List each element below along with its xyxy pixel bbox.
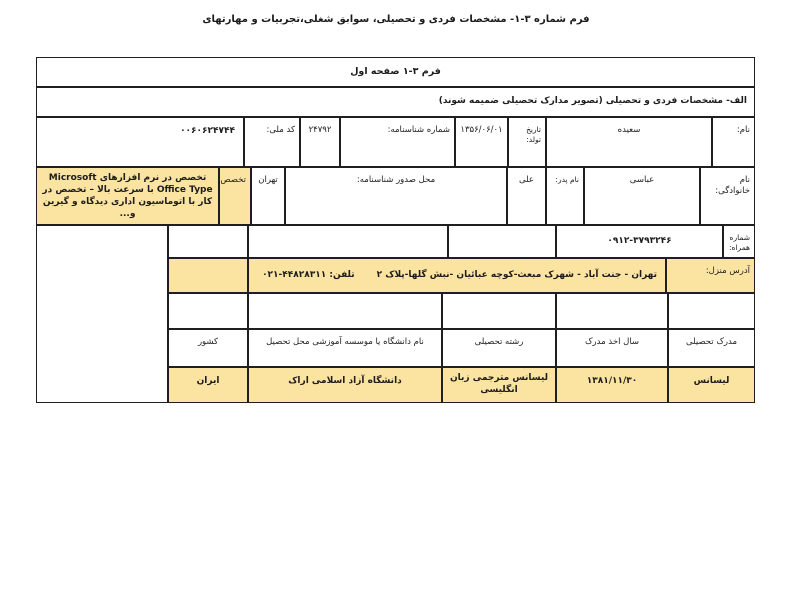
last-name-value: عباسی <box>584 167 700 225</box>
document-title: فرم شماره ۳-۱- مشخصات فردی و تحصیلی، سوا… <box>0 14 792 34</box>
first-name-label: نام: <box>712 117 755 167</box>
specialty-value: تخصص در نرم افزارهای Microsoft Office Ty… <box>36 167 219 225</box>
national-id-value: ۰۰۶۰۶۲۴۷۴۴ <box>36 117 244 167</box>
birth-date-value: ۱۳۵۶/۰۶/۰۱ <box>455 117 508 167</box>
id-issue-place-label: محل صدور شناسنامه: <box>285 167 507 225</box>
father-name-value: علی <box>507 167 546 225</box>
last-name-label: نام خانوادگی: <box>700 167 755 225</box>
section-a-title: الف- مشخصات فردی و تحصیلی (تصویر مدارک ت… <box>36 87 755 117</box>
merged-empty-cell <box>36 225 168 403</box>
national-id-label: کد ملی: <box>244 117 300 167</box>
edu-university-value: دانشگاه آزاد اسلامی اراک <box>248 367 442 403</box>
empty-cell <box>442 293 556 329</box>
empty-cell <box>448 225 556 258</box>
edu-header-major: رشته تحصیلی <box>442 329 556 367</box>
home-phone-text: تلفن: ۴۴۸۲۸۳۱۱-۰۲۱ <box>262 269 355 281</box>
edu-header-university: نام دانشگاه یا موسسه آموزشی محل تحصیل <box>248 329 442 367</box>
form-header-row: فرم ۳-۱ صفحه اول <box>36 57 755 87</box>
empty-cell <box>248 225 448 258</box>
home-address-value: تهران - جنت آباد - شهرک مبعث-کوچه عبائیا… <box>248 258 666 293</box>
edu-country-value: ایران <box>168 367 248 403</box>
mobile-value: ۰۹۱۲-۳۷۹۳۲۴۶ <box>556 225 723 258</box>
edu-degree-value: لیسانس <box>668 367 755 403</box>
mobile-label: شماره همراه: <box>723 225 755 258</box>
home-address-text: تهران - جنت آباد - شهرک مبعث-کوچه عبائیا… <box>377 269 657 281</box>
first-name-value: سعیده <box>546 117 712 167</box>
empty-cell <box>556 293 668 329</box>
edu-header-country: کشور <box>168 329 248 367</box>
id-number-label: شماره شناسنامه: <box>340 117 455 167</box>
birth-date-label: تاریخ تولد: <box>508 117 546 167</box>
father-name-label: نام پدر: <box>546 167 584 225</box>
edu-header-degree: مدرک تحصیلی <box>668 329 755 367</box>
edu-major-value: لیسانس مترجمی زبان انگلیسی <box>442 367 556 403</box>
edu-year-value: ۱۳۸۱/۱۱/۳۰ <box>556 367 668 403</box>
empty-cell <box>168 293 248 329</box>
id-issue-place-value: تهران <box>251 167 285 225</box>
form-page: فرم شماره ۳-۱- مشخصات فردی و تحصیلی، سوا… <box>0 0 792 612</box>
empty-cell <box>668 293 755 329</box>
empty-cell <box>168 258 248 293</box>
edu-header-year: سال اخذ مدرک <box>556 329 668 367</box>
id-number-value: ۲۴۷۹۲ <box>300 117 340 167</box>
empty-cell <box>248 293 442 329</box>
empty-cell <box>168 225 248 258</box>
home-address-label: آدرس منزل: <box>666 258 755 293</box>
specialty-label: تخصص: <box>219 167 251 225</box>
